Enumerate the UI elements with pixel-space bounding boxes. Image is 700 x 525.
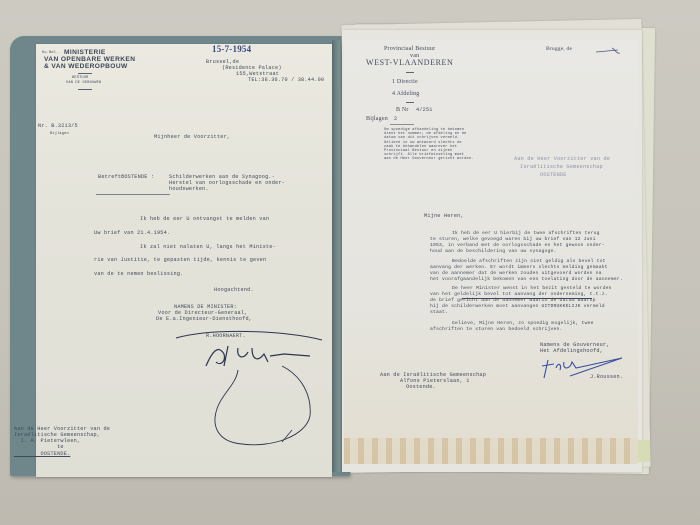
body-line: houd aan de beschildering van uw synagog…: [430, 249, 557, 256]
attachments-rule: [390, 124, 414, 125]
notice-line: datum van dit schrijven vermeld.: [384, 136, 459, 141]
divider: [406, 102, 414, 103]
divider: [78, 89, 92, 90]
addressee-header-line: Israëlitische Gemeenschap: [520, 164, 603, 171]
salutation: Mijne Heren,: [424, 213, 464, 220]
body-line: hij de schilderwerken moet aanvangen UIT…: [430, 304, 605, 311]
office: 4 Afdeling: [392, 91, 420, 98]
ministry-emblem: Ko.Bel.: [42, 51, 59, 56]
signatory-name: J.Roussen.: [590, 374, 623, 381]
attachments-label: Bijlagen: [366, 116, 388, 123]
attachments-label: Bijlagen: [50, 132, 69, 137]
ministry-name-line3: & VAN WEDEROPBOUW: [44, 63, 128, 70]
body-line: staat.: [430, 310, 448, 317]
addressee-header-line: Aan de Heer Voorzitter van de: [514, 156, 610, 163]
provincial-letter: Provinciaal Bestuur van WEST-VLAANDEREN …: [344, 40, 638, 464]
signature-block-line: De E.a.Ingenieur-Diensthoofd,: [156, 316, 252, 323]
handwritten-date: [594, 46, 624, 56]
subject-divider: [96, 194, 170, 195]
request-line: afschriften te sturen van bedoeld schrij…: [430, 327, 563, 334]
body-line: Ik zal niet nalaten U, langs het Ministe…: [140, 244, 276, 251]
handwritten-signature: [172, 326, 332, 456]
addressee-header-line: OOSTENDE: [540, 172, 567, 179]
body-line: Ik heb de eer U ontvangst te melden van: [140, 216, 269, 223]
attachments-count: 2: [394, 116, 397, 123]
recipient-city: OOSTENDE.: [14, 451, 70, 458]
subject-line: houdswerken.: [169, 186, 209, 193]
divider: [78, 73, 92, 74]
province-name: WEST-VLAANDEREN: [366, 60, 453, 67]
body-line: rie van Justitie, te gepasten tijde, ken…: [94, 257, 266, 264]
province-line1: Provinciaal Bestuur: [384, 46, 435, 53]
department-line2: VAN DE GEBOUWEN: [66, 81, 101, 86]
recipient-line: Oostende.: [406, 384, 436, 391]
reference-number: Nr. B.3213/5: [38, 123, 78, 130]
foxing-stain: [344, 438, 638, 464]
ministry-letter: Ko.Bel. MINISTERIE VAN OPENBARE WERKEN &…: [36, 44, 332, 477]
place-date: Brugge, de: [546, 46, 572, 53]
divider: [406, 72, 414, 73]
body-line: het voorafgaandelijk bekomen van een toe…: [430, 277, 623, 284]
department-line1: BESTUUR: [72, 76, 89, 81]
body-line: van de te nemen beslissing.: [94, 271, 183, 278]
division: 1 Directie: [392, 79, 418, 86]
signatory-name: R.HOORNAERT.: [206, 333, 246, 340]
letter-number: 4/251: [416, 107, 433, 114]
number-label: B Nr: [396, 107, 409, 114]
date-stamp: 15-7-1954: [212, 46, 251, 53]
address-phone: TEL:38.36.70 / 38.44.00: [248, 77, 324, 84]
closing: Hoogachtend.: [214, 287, 254, 294]
salutation: Mijnheer de Voorzitter,: [154, 134, 230, 141]
notice-line: aan de Heer Gouverneur gericht worden.: [384, 157, 474, 162]
body-line: Uw brief van 21.4.1954.: [94, 230, 170, 237]
recipient-line: te: [14, 444, 64, 451]
subject-place: OOSTENDE :: [121, 174, 154, 181]
